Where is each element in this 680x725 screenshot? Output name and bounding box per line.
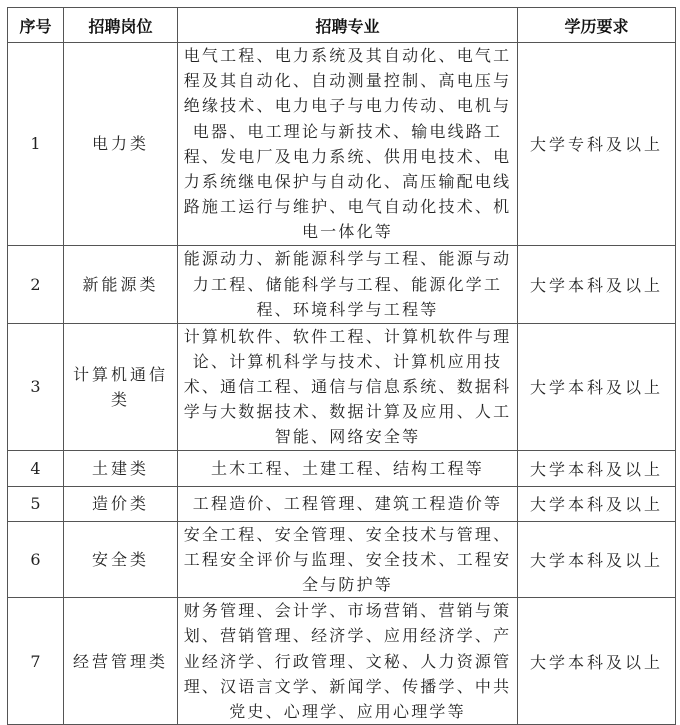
row-education: 大学本科及以上	[518, 450, 676, 486]
row-position: 新能源类	[64, 245, 178, 323]
header-row: 序号 招聘岗位 招聘专业 学历要求	[8, 8, 676, 43]
row-index: 5	[8, 486, 64, 521]
row-education: 大学本科及以上	[518, 486, 676, 521]
row-majors: 能源动力、新能源科学与工程、能源与动力工程、储能科学与工程、能源化学工程、环境科…	[178, 245, 518, 323]
table-row: 2 新能源类 能源动力、新能源科学与工程、能源与动力工程、储能科学与工程、能源化…	[8, 245, 676, 323]
row-position: 经营管理类	[64, 598, 178, 725]
row-index: 3	[8, 323, 64, 450]
row-position: 计算机通信类	[64, 323, 178, 450]
row-majors: 电气工程、电力系统及其自动化、电气工程及其自动化、自动测量控制、高电压与绝缘技术…	[178, 43, 518, 246]
row-index: 2	[8, 245, 64, 323]
row-majors: 财务管理、会计学、市场营销、营销与策划、营销管理、经济学、应用经济学、产业经济学…	[178, 598, 518, 725]
row-position: 土建类	[64, 450, 178, 486]
row-education: 大学本科及以上	[518, 598, 676, 725]
row-majors: 工程造价、工程管理、建筑工程造价等	[178, 486, 518, 521]
table-row: 5 造价类 工程造价、工程管理、建筑工程造价等 大学本科及以上	[8, 486, 676, 521]
row-position: 安全类	[64, 521, 178, 598]
table-row: 7 经营管理类 财务管理、会计学、市场营销、营销与策划、营销管理、经济学、应用经…	[8, 598, 676, 725]
header-position: 招聘岗位	[64, 8, 178, 43]
row-education: 大学专科及以上	[518, 43, 676, 246]
row-index: 1	[8, 43, 64, 246]
row-education: 大学本科及以上	[518, 323, 676, 450]
row-position: 造价类	[64, 486, 178, 521]
table-row: 6 安全类 安全工程、安全管理、安全技术与管理、工程安全评价与监理、安全技术、工…	[8, 521, 676, 598]
row-education: 大学本科及以上	[518, 245, 676, 323]
recruitment-table: 序号 招聘岗位 招聘专业 学历要求 1 电力类 电气工程、电力系统及其自动化、电…	[7, 7, 676, 725]
header-majors: 招聘专业	[178, 8, 518, 43]
table-row: 1 电力类 电气工程、电力系统及其自动化、电气工程及其自动化、自动测量控制、高电…	[8, 43, 676, 246]
row-education: 大学本科及以上	[518, 521, 676, 598]
row-index: 6	[8, 521, 64, 598]
row-majors: 计算机软件、软件工程、计算机软件与理论、计算机科学与技术、计算机应用技术、通信工…	[178, 323, 518, 450]
row-majors: 安全工程、安全管理、安全技术与管理、工程安全评价与监理、安全技术、工程安全与防护…	[178, 521, 518, 598]
table-row: 4 土建类 土木工程、土建工程、结构工程等 大学本科及以上	[8, 450, 676, 486]
table-row: 3 计算机通信类 计算机软件、软件工程、计算机软件与理论、计算机科学与技术、计算…	[8, 323, 676, 450]
row-majors: 土木工程、土建工程、结构工程等	[178, 450, 518, 486]
row-index: 4	[8, 450, 64, 486]
row-position: 电力类	[64, 43, 178, 246]
row-index: 7	[8, 598, 64, 725]
header-index: 序号	[8, 8, 64, 43]
header-education: 学历要求	[518, 8, 676, 43]
